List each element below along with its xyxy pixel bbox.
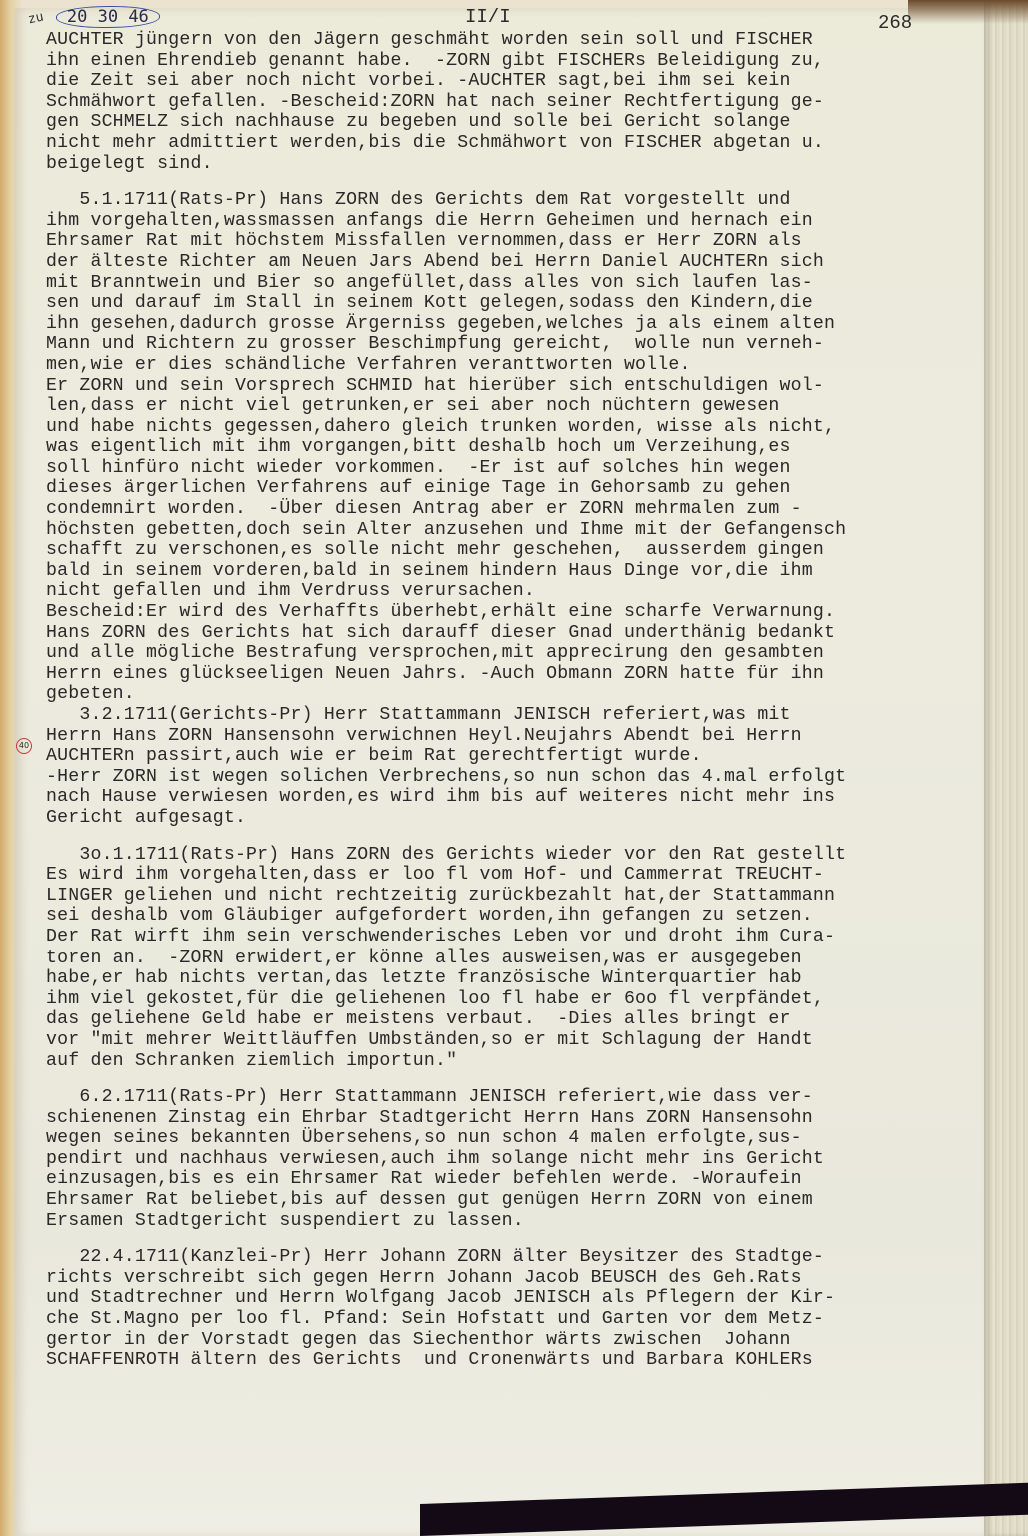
text-line: Ehrsamer Rat mit höchstem Missfallen ver…	[46, 231, 976, 252]
text-line: Gericht aufgesagt.	[46, 808, 976, 829]
text-line: schafft zu verschonen,es solle nicht meh…	[46, 540, 976, 561]
text-line: nicht gefallen und ihm Verdruss verursac…	[46, 581, 976, 602]
text-line: Herrn Hans ZORN Hansensohn verwichnen He…	[46, 726, 976, 747]
text-line: bald in seinem vorderen,bald in seinem h…	[46, 561, 976, 582]
text-line	[46, 1231, 976, 1247]
text-line: die Zeit sei aber noch nicht vorbei. -AU…	[46, 71, 976, 92]
text-line: condemnirt worden. -Über diesen Antrag a…	[46, 499, 976, 520]
text-line: der älteste Richter am Neuen Jars Abend …	[46, 252, 976, 273]
book-cover-shadow	[908, 0, 1028, 24]
text-line: Herrn eines glückseeligen Neuen Jahrs. -…	[46, 664, 976, 685]
text-line: LINGER geliehen und nicht rechtzeitig zu…	[46, 886, 976, 907]
text-line: schienenen Zinstag ein Ehrbar Stadtgeric…	[46, 1108, 976, 1129]
text-line: che St.Magno per loo fl. Pfand: Sein Hof…	[46, 1309, 976, 1330]
text-line: das geliehene Geld habe er meistens verb…	[46, 1009, 976, 1030]
text-line: AUCHTER jüngern von den Jägern geschmäht…	[46, 30, 976, 51]
text-line: und habe nichts gegessen,dahero gleich t…	[46, 417, 976, 438]
text-line: höchsten gebetten,doch sein Alter anzuse…	[46, 520, 976, 541]
text-line: mit Branntwein und Bier so angefüllet,da…	[46, 273, 976, 294]
text-line: 3.2.1711(Gerichts-Pr) Herr Stattammann J…	[46, 705, 976, 726]
text-line: Er ZORN und sein Vorsprech SCHMID hat hi…	[46, 376, 976, 397]
text-line: gen SCHMELZ sich nachhause zu begeben un…	[46, 112, 976, 133]
text-line: AUCHTERn passirt,auch wie er beim Rat ge…	[46, 746, 976, 767]
margin-circle-mark: 40	[16, 738, 32, 754]
text-line: sen und darauf im Stall in seinem Kott g…	[46, 293, 976, 314]
text-line: ihn einen Ehrendieb genannt habe. -ZORN …	[46, 51, 976, 72]
text-line	[46, 1071, 976, 1087]
section-label: II/I	[465, 6, 511, 28]
text-line: und Stadtrechner und Herrn Wolfgang Jaco…	[46, 1288, 976, 1309]
text-line: 6.2.1711(Rats-Pr) Herr Stattammann JENIS…	[46, 1087, 976, 1108]
text-line: soll hinfüro nicht wieder vorkommen. -Er…	[46, 458, 976, 479]
handwritten-annotation: zu 20 30 46	[28, 6, 160, 28]
text-line: ihn gesehen,dadurch grosse Ärgerniss geg…	[46, 314, 976, 335]
text-line: Hans ZORN des Gerichts hat sich darauff …	[46, 623, 976, 644]
text-line: sei deshalb vom Gläubiger aufgefordert w…	[46, 906, 976, 927]
text-line: Mann und Richtern zu grosser Beschimpfun…	[46, 334, 976, 355]
text-line: beigelegt sind.	[46, 154, 976, 175]
annotation-prefix: zu	[27, 10, 45, 28]
text-line: gebeten.	[46, 684, 976, 705]
text-line: was eigentlich mit ihm vorgangen,bitt de…	[46, 437, 976, 458]
annotation-numbers: 20 30 46	[56, 6, 160, 28]
text-line	[46, 174, 976, 190]
text-line: len,dass er nicht viel getrunken,er sei …	[46, 396, 976, 417]
text-line: dieses ärgerlichen Verfahrens auf einige…	[46, 478, 976, 499]
text-line: wegen seines bekannten Übersehens,so nun…	[46, 1128, 976, 1149]
book-photo: zu 20 30 46 II/I 268 40 AUCHTER jüngern …	[0, 0, 1028, 1536]
text-line: 22.4.1711(Kanzlei-Pr) Herr Johann ZORN ä…	[46, 1247, 976, 1268]
text-line: ihm viel gekostet,für die geliehenen loo…	[46, 989, 976, 1010]
text-line: ihm vorgehalten,wassmassen anfangs die H…	[46, 211, 976, 232]
text-line: Ersamen Stadtgericht suspendiert zu lass…	[46, 1211, 976, 1232]
text-line: gertor in der Vorstadt gegen das Siechen…	[46, 1330, 976, 1351]
text-line: einzusagen,bis es ein Ehrsamer Rat wiede…	[46, 1169, 976, 1190]
text-line: Es wird ihm vorgehalten,dass er loo fl v…	[46, 865, 976, 886]
typewritten-body: AUCHTER jüngern von den Jägern geschmäht…	[46, 30, 976, 1371]
text-line: auf den Schranken ziemlich importun."	[46, 1051, 976, 1072]
text-line: 3o.1.1711(Rats-Pr) Hans ZORN des Gericht…	[46, 845, 976, 866]
text-line: richts verschreibt sich gegen Herrn Joha…	[46, 1268, 976, 1289]
text-line: Bescheid:Er wird des Verhaffts überhebt,…	[46, 602, 976, 623]
text-line: 5.1.1711(Rats-Pr) Hans ZORN des Gerichts…	[46, 190, 976, 211]
text-line: Ehrsamer Rat beliebet,bis auf dessen gut…	[46, 1190, 976, 1211]
text-line: nicht mehr admittiert werden,bis die Sch…	[46, 133, 976, 154]
text-line: und alle mögliche Bestrafung versprochen…	[46, 643, 976, 664]
text-line: Schmähwort gefallen. -Bescheid:ZORN hat …	[46, 92, 976, 113]
text-line: toren an. -ZORN erwidert,er könne alles …	[46, 948, 976, 969]
text-line: pendirt und nachhaus verwiesen,auch ihm …	[46, 1149, 976, 1170]
book-page-edges	[984, 0, 1028, 1536]
text-line: habe,er hab nichts vertan,das letzte fra…	[46, 968, 976, 989]
text-line: vor "mit mehrer Weittläuffen Umbständen,…	[46, 1030, 976, 1051]
text-line: -Herr ZORN ist wegen solichen Verbrechen…	[46, 767, 976, 788]
text-line: men,wie er dies schändliche Verfahren ve…	[46, 355, 976, 376]
text-line: Der Rat wirft ihm sein verschwenderische…	[46, 927, 976, 948]
text-line	[46, 829, 976, 845]
text-line: nach Hause verwiesen worden,es wird ihm …	[46, 787, 976, 808]
text-line: SCHAFFENROTH ältern des Gerichts und Cro…	[46, 1350, 976, 1371]
